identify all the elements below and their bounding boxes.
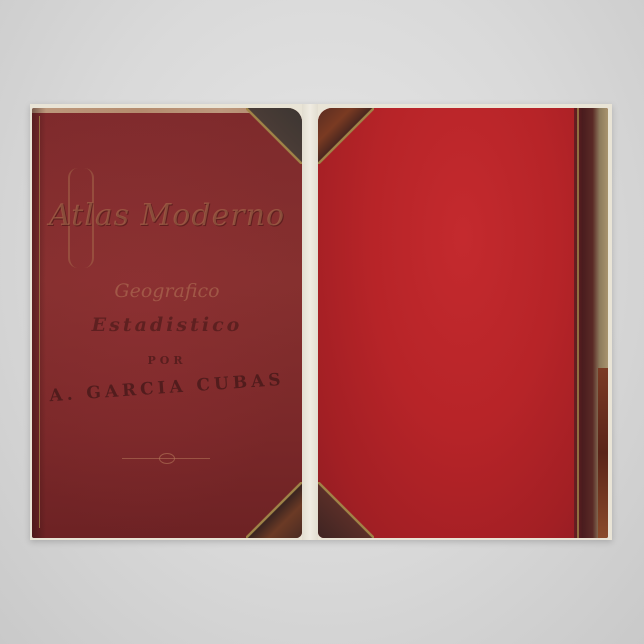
cover-subtitle-1: Geografico: [32, 280, 302, 302]
back-spine: [574, 108, 608, 538]
worn-spine-patch: [598, 368, 608, 538]
back-cover: [318, 108, 608, 538]
cover-title: Atlas Moderno: [32, 198, 302, 233]
center-gap: [302, 104, 318, 540]
cover-subtitle-2: Estadistico: [32, 314, 302, 336]
leather-corner-bottom-right: [246, 482, 302, 538]
cover-by-label: POR: [32, 354, 302, 367]
poster-mount: Atlas Moderno Geografico Estadistico POR…: [30, 104, 612, 540]
front-cover: Atlas Moderno Geografico Estadistico POR…: [32, 108, 302, 538]
leather-corner-top-right: [246, 108, 302, 164]
gilt-spine-line: [577, 108, 579, 538]
cover-author: A. GARCIA CUBAS: [32, 369, 302, 408]
leather-corner-top-left: [318, 108, 374, 164]
ornament-icon: [159, 453, 175, 464]
leather-corner-bottom-left: [318, 482, 374, 538]
